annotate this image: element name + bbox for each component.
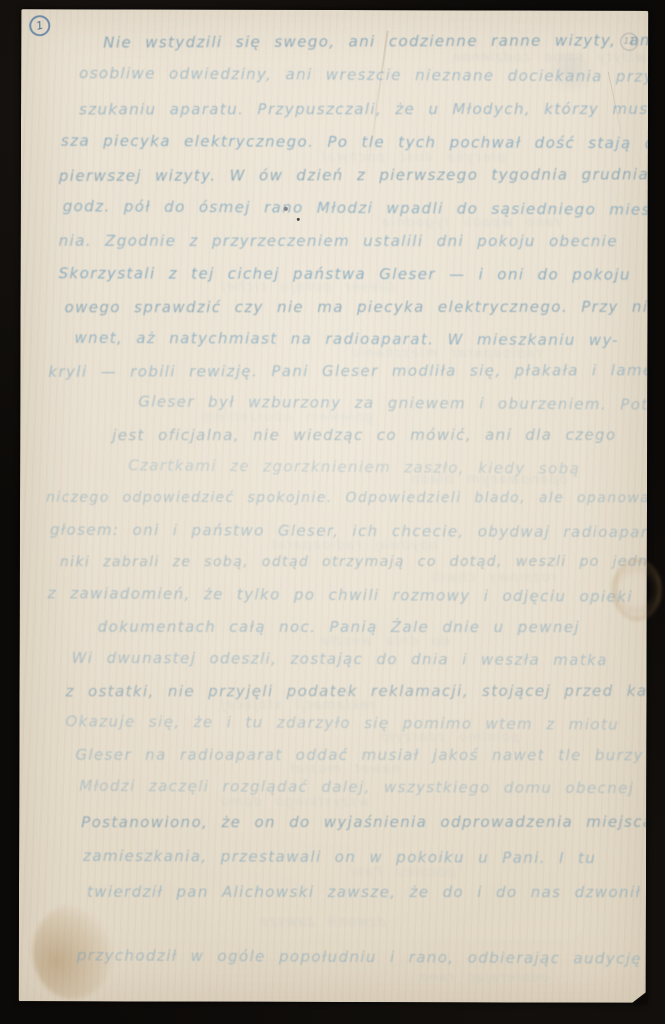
handwriting-line: owego sprawdzić czy nie ma piecyka elekt…: [65, 298, 649, 317]
handwriting-line: z zawiadomień, że tylko po chwili rozmow…: [48, 584, 633, 606]
handwriting-line: pierwszej wizyty. W ów dzień z pierwszeg…: [59, 165, 648, 185]
handwriting-line: wnet, aż natychmiast na radioaparat. W m…: [74, 329, 619, 349]
handwriting-line: z ostatki, nie przyjęli podatek reklamac…: [66, 682, 649, 701]
handwriting-line: szukaniu aparatu. Przypuszczali, że u Mł…: [79, 100, 648, 119]
handwriting-line: głosem: oni i państwo Gleser, ich chceci…: [50, 521, 648, 542]
handwriting-layer: Nie wstydzili się swego, ani codzienne r…: [19, 9, 649, 1003]
handwriting-line: Skorzystali z tej cichej państwa Gleser …: [59, 264, 631, 283]
handwriting-line: godz. pół do ósmej rano Młodzi wpadli do…: [63, 197, 649, 219]
handwriting-line: Gleser był wzburzony za gniewem i oburze…: [138, 393, 648, 414]
handwriting-line: Okazuje się, że i tu zdarzyło się pomimo…: [65, 712, 619, 733]
handwriting-line: niczego odpowiedzieć spokojnie. Odpowied…: [46, 490, 648, 507]
handwriting-line: kryli — robili rewizję. Pani Gleser modl…: [48, 361, 648, 381]
handwriting-line: sza piecyka elektrycznego. Po tle tych p…: [61, 132, 648, 153]
handwriting-line: twierdził pan Alichowski zawsze, że do i…: [87, 883, 641, 901]
handwriting-line: Postanowiono, że on do wyjaśnienia odpro…: [81, 813, 648, 831]
handwriting-line: Młodzi zaczęli rozglądać dalej, wszystki…: [79, 777, 634, 797]
handwriting-line: zamieszkania, przestawali on w pokoiku u…: [83, 847, 596, 867]
handwriting-line: osobliwe odwiedziny, ani wreszcie niezna…: [79, 64, 648, 86]
handwriting-line: Gleser na radioaparat oddać musiał jakoś…: [75, 746, 643, 764]
letter-page: 1 11 wizyty same codziennepiecyka dość p…: [19, 9, 649, 1003]
handwriting-line: Nie wstydzili się swego, ani codzienne r…: [103, 31, 648, 52]
handwriting-line: jest oficjalna, nie wiedząc co mówić, an…: [112, 426, 616, 444]
handwriting-line: dokumentach całą noc. Panią Żale dnie u …: [98, 618, 580, 636]
handwriting-line: Czartkami ze zgorzknieniem zaszło, kiedy…: [128, 456, 580, 478]
handwriting-line: niki zabrali ze sobą, odtąd otrzymają co…: [60, 554, 648, 571]
handwriting-line: nia. Zgodnie z przyrzeczeniem ustalili d…: [59, 232, 618, 250]
handwriting-line: Wi dwunastej odeszli, zostając do dnia i…: [72, 649, 608, 669]
handwriting-line: przychodził w ogóle popołudniu i rano, o…: [77, 946, 642, 967]
